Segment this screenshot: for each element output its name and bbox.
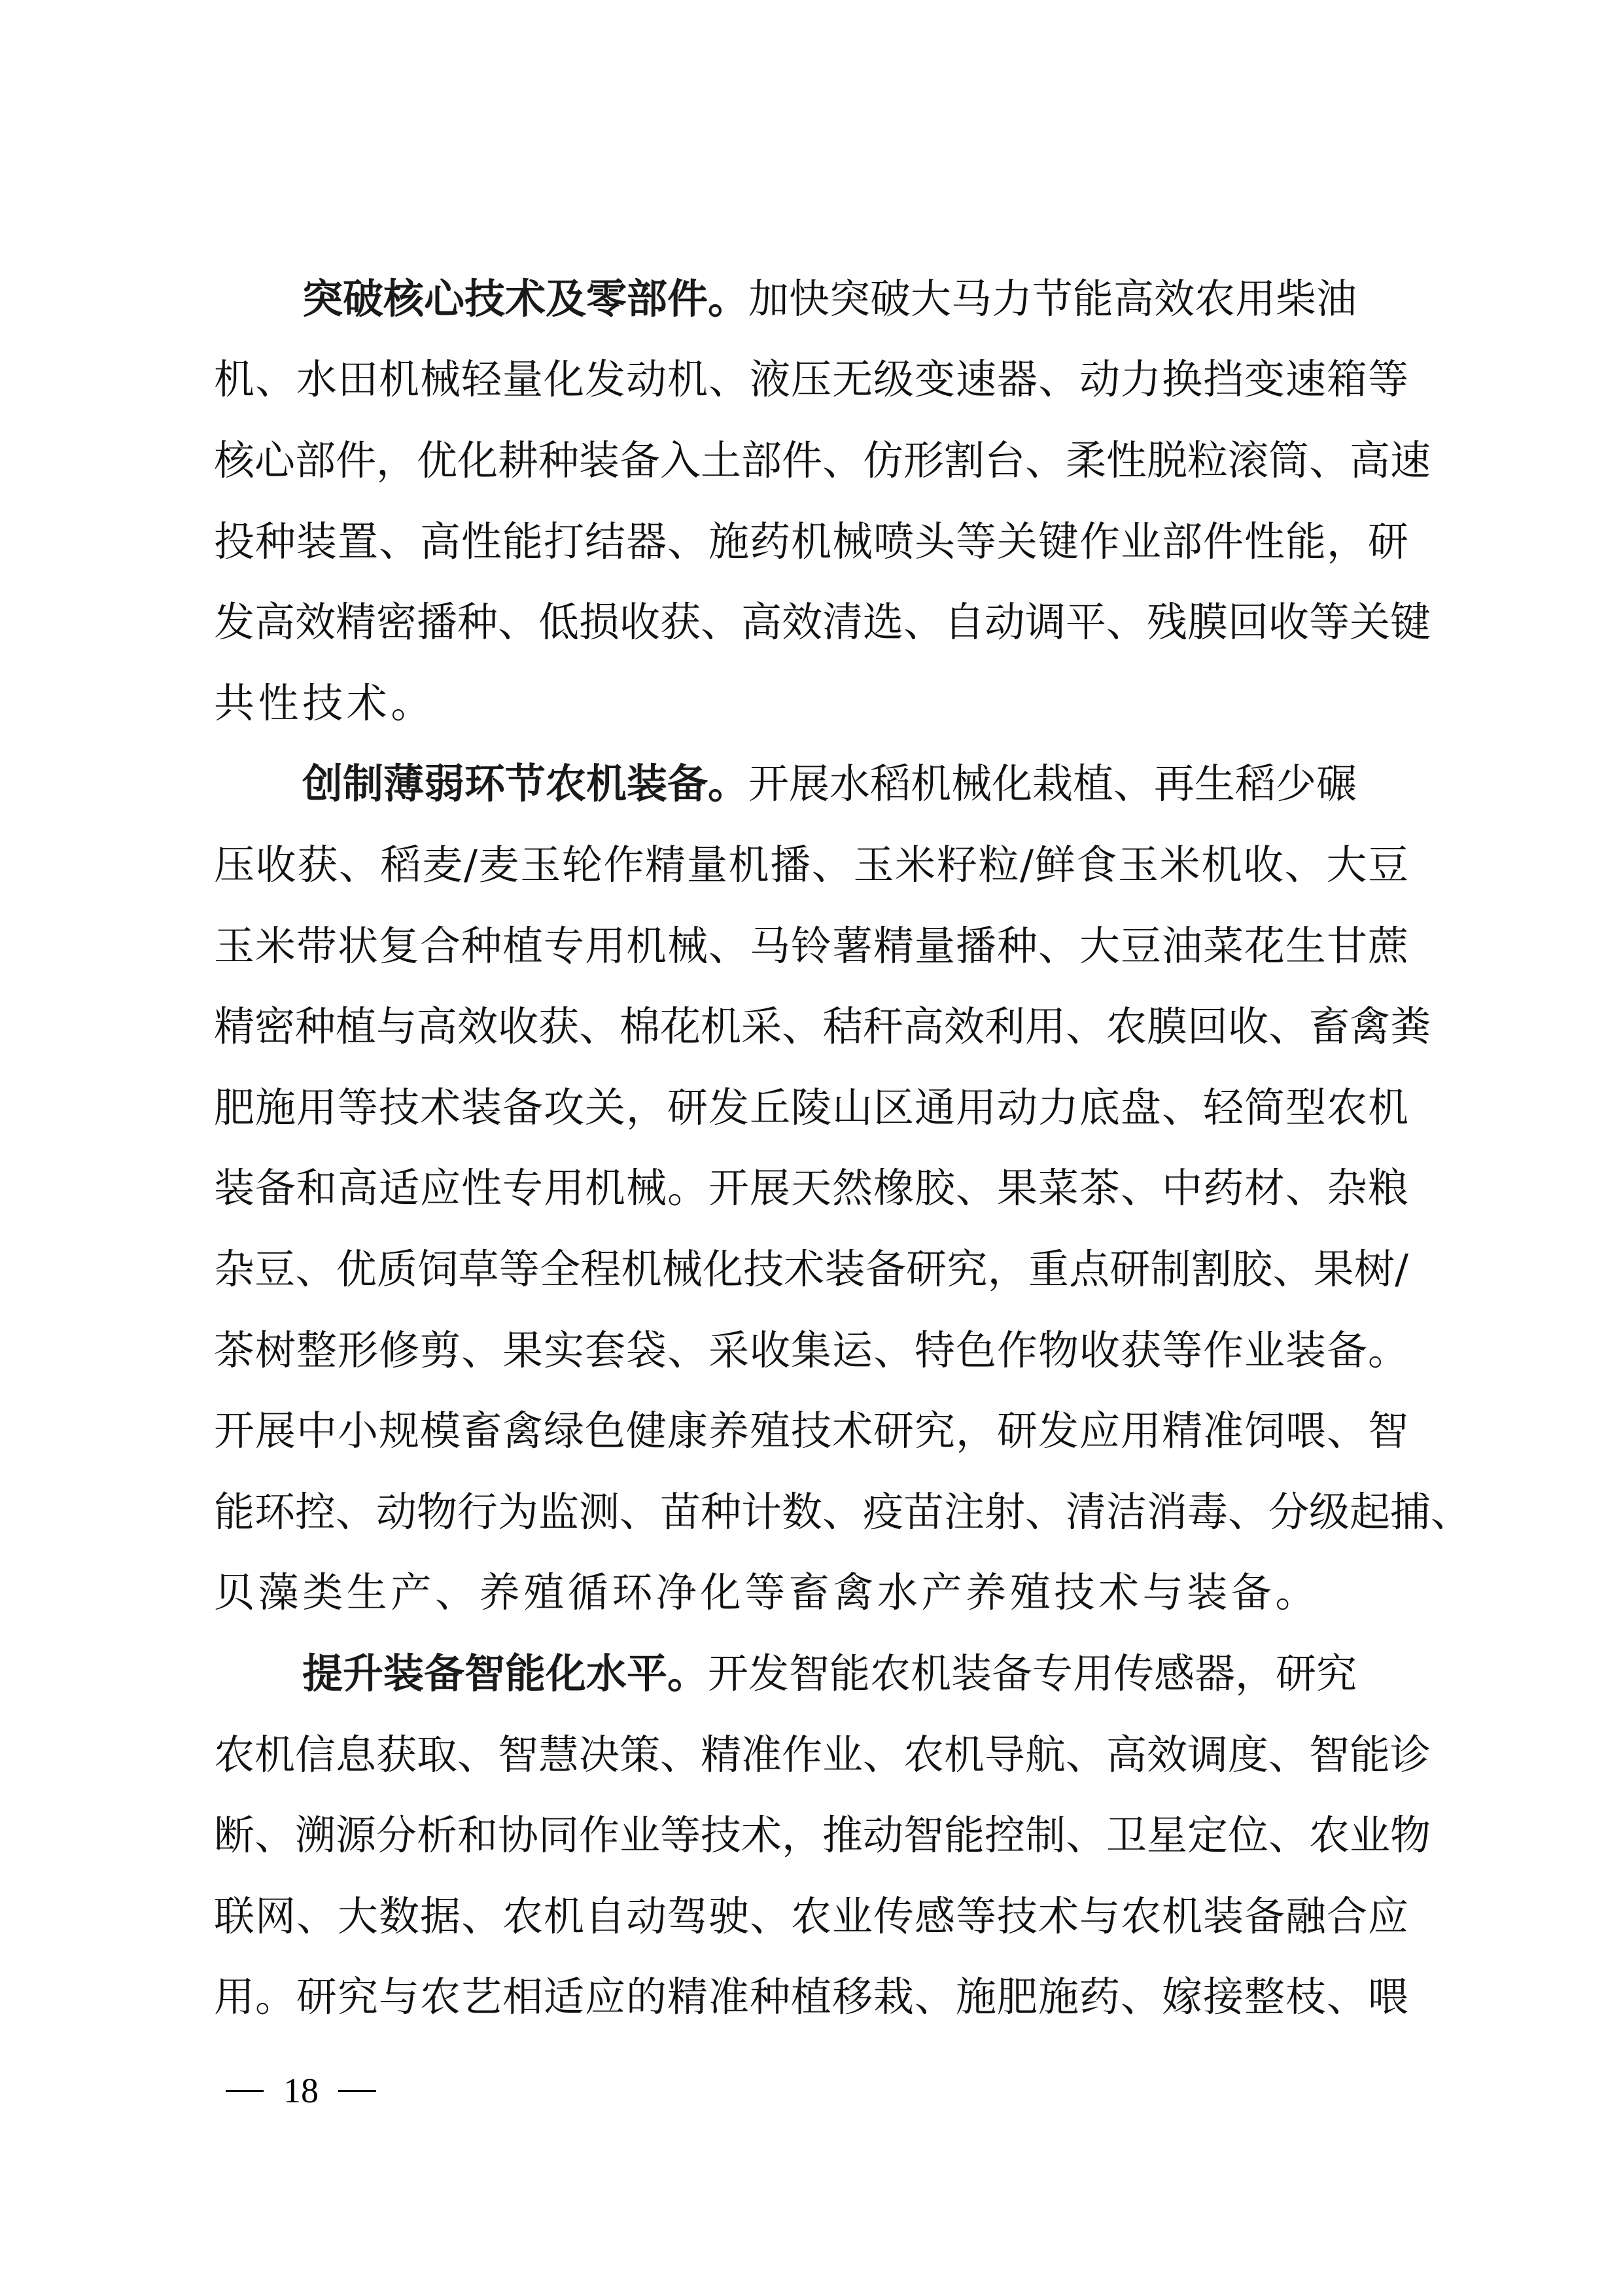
left-dash <box>226 2090 264 2092</box>
paragraph-1-line-4: 投种装置、高性能打结器、施药机械喷头等关键作业部件性能，研 <box>214 516 1408 568</box>
paragraph-2-line-2: 压收获、稻麦/麦玉轮作精量机播、玉米籽粒/鲜食玉米机收、大豆 <box>214 839 1408 891</box>
paragraph-3-line-5: 用。研究与农艺相适应的精准种植移栽、施肥施药、嫁接整枝、喂 <box>214 1971 1408 2023</box>
paragraph-3-heading: 提升装备智能化水平。 <box>302 1650 708 1697</box>
paragraph-1-line-6: 共性技术。 <box>214 677 1408 730</box>
paragraph-1-heading: 突破核心技术及零部件。 <box>302 275 748 323</box>
paragraph-2-line-3: 玉米带状复合种植专用机械、马铃薯精量播种、大豆油菜花生甘蔗 <box>214 920 1408 972</box>
paragraph-2-text: 开展水稻机械化栽植、再生稻少碾 <box>748 760 1357 807</box>
paragraph-2-line-8: 茶树整形修剪、果实套袋、采收集运、特色作物收获等作业装备。 <box>214 1324 1408 1377</box>
paragraph-3-text: 开发智能农机装备专用传感器，研究 <box>708 1650 1357 1697</box>
document-page: 突破核心技术及零部件。加快突破大马力节能高效农用柴油 机、水田机械轻量化发动机、… <box>0 0 1623 2296</box>
paragraph-2-line-5: 肥施用等技术装备攻关，研发丘陵山区通用动力底盘、轻简型农机 <box>214 1082 1408 1134</box>
paragraph-2-line-7: 杂豆、优质饲草等全程机械化技术装备研究，重点研制割胶、果树/ <box>214 1243 1408 1296</box>
paragraph-2-line-6: 装备和高适应性专用机械。开展天然橡胶、果菜茶、中药材、杂粮 <box>214 1162 1408 1214</box>
page-footer: 18 <box>226 2068 376 2113</box>
paragraph-2-heading: 创制薄弱环节农机装备。 <box>302 760 748 807</box>
paragraph-1-line-3: 核心部件，优化耕种装备入土部件、仿形割台、柔性脱粒滚筒、高速 <box>214 434 1408 487</box>
page-number: 18 <box>283 2068 319 2113</box>
paragraph-2-line-11: 贝藻类生产、养殖循环净化等畜禽水产养殖技术与装备。 <box>214 1566 1408 1619</box>
right-dash <box>338 2090 376 2092</box>
paragraph-1-line-1: 突破核心技术及零部件。加快突破大马力节能高效农用柴油 <box>302 273 1408 325</box>
paragraph-1-line-2: 机、水田机械轻量化发动机、液压无级变速器、动力换挡变速箱等 <box>214 353 1408 406</box>
paragraph-3-line-1: 提升装备智能化水平。开发智能农机装备专用传感器，研究 <box>302 1648 1408 1700</box>
paragraph-1-text: 加快突破大马力节能高效农用柴油 <box>748 275 1357 323</box>
paragraph-3-line-3: 断、溯源分析和协同作业等技术，推动智能控制、卫星定位、农业物 <box>214 1809 1408 1862</box>
paragraph-3-line-2: 农机信息获取、智慧决策、精准作业、农机导航、高效调度、智能诊 <box>214 1729 1408 1781</box>
paragraph-2-line-9: 开展中小规模畜禽绿色健康养殖技术研究，研发应用精准饲喂、智 <box>214 1405 1408 1457</box>
paragraph-2-line-4: 精密种植与高效收获、棉花机采、秸秆高效利用、农膜回收、畜禽粪 <box>214 1000 1408 1053</box>
paragraph-2-line-1: 创制薄弱环节农机装备。开展水稻机械化栽植、再生稻少碾 <box>302 758 1408 810</box>
paragraph-3-line-4: 联网、大数据、农机自动驾驶、农业传感等技术与农机装备融合应 <box>214 1890 1408 1943</box>
paragraph-2-line-10: 能环控、动物行为监测、苗种计数、疫苗注射、清洁消毒、分级起捕、 <box>214 1486 1408 1538</box>
paragraph-1-line-5: 发高效精密播种、低损收获、高效清选、自动调平、残膜回收等关键 <box>214 596 1408 648</box>
